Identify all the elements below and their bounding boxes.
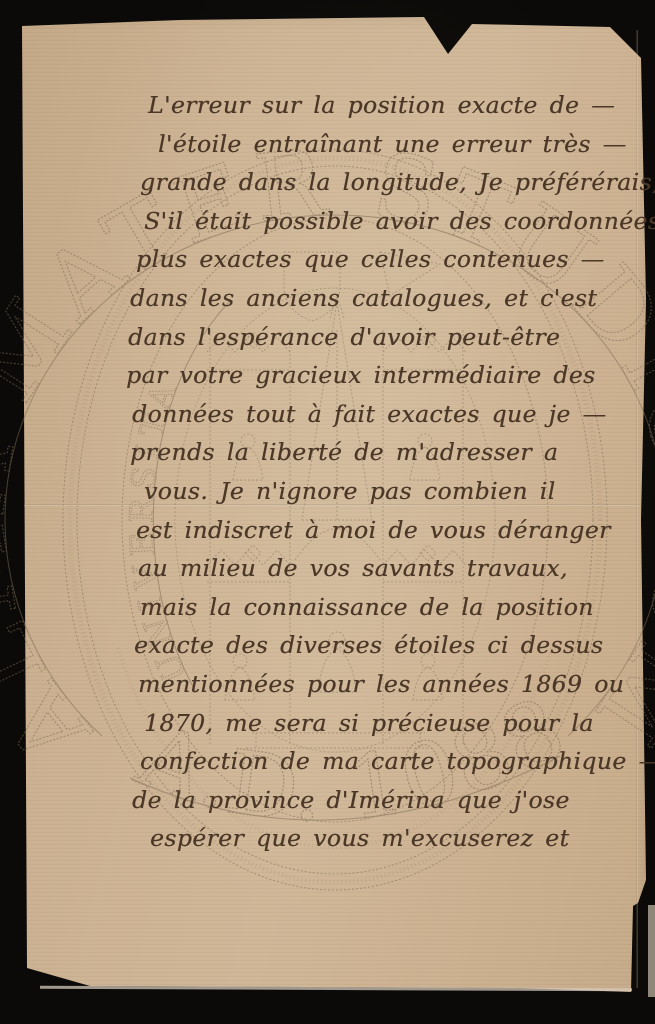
text-line: confection de ma carte topographique — [140,742,655,781]
text-line: grande dans la longitude, Je préférérais… [140,163,655,202]
text-line: dans l'espérance d'avoir peut-être [128,318,655,357]
text-line: 1870, me sera si précieuse pour la [144,704,655,743]
text-line: est indiscret à moi de vous déranger [136,511,655,550]
text-line: dans les anciens catalogues, et c'est [130,279,655,318]
scan-background: ALMA MATER STUDIORUM UNIVERSITA A.D. 108… [0,0,655,1024]
adjacent-page-edge [648,905,655,997]
text-line: vous. Je n'ignore pas combien il [144,472,655,511]
text-line: plus exactes que celles contenues — [136,240,655,279]
letter-text: L'erreur sur la position exacte de — l'é… [136,86,655,858]
text-line: par votre gracieux intermédiaire des [126,356,655,395]
text-line: exacte des diverses étoiles ci dessus [134,626,655,665]
text-line: mentionnées pour les années 1869 ou [138,665,655,704]
text-line: mais la connaissance de la position [140,588,655,627]
text-line: S'il était possible avoir des coordonnée… [144,202,655,241]
text-line: L'erreur sur la position exacte de — [148,86,655,125]
text-line: l'étoile entraînant une erreur très — [158,125,655,164]
text-line: de la province d'Imérina que j'ose [132,781,655,820]
text-line: données tout à fait exactes que je — [132,395,655,434]
text-line: au milieu de vos savants travaux, [138,549,655,588]
text-line: prends la liberté de m'adresser a [130,433,655,472]
text-line: espérer que vous m'excuserez et [150,819,655,858]
